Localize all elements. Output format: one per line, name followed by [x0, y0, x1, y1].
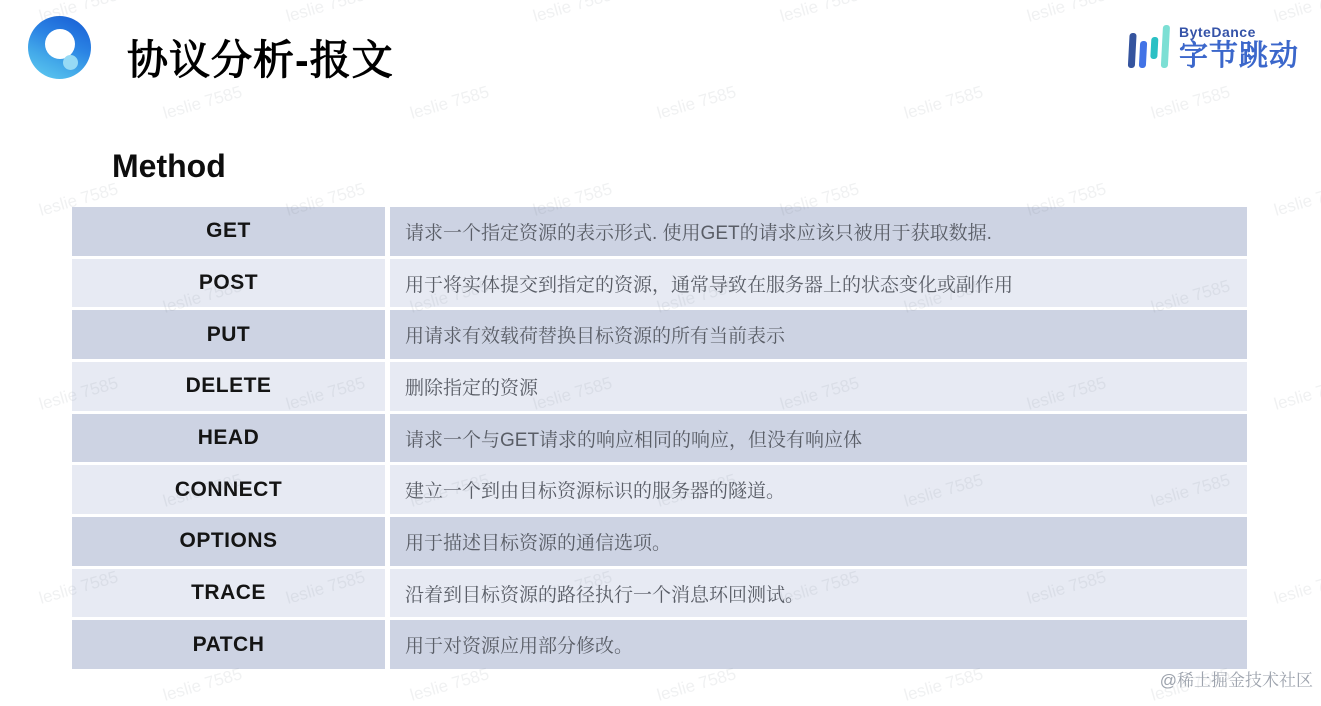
slide-header: 协议分析-报文 ByteDance 字节跳动 — [0, 0, 1321, 100]
table-row: GET请求一个指定资源的表示形式. 使用GET的请求应该只被用于获取数据. — [72, 207, 1247, 256]
table-row: HEAD请求一个与GET请求的响应相同的响应，但没有响应体 — [72, 414, 1247, 463]
table-row: CONNECT建立一个到由目标资源标识的服务器的隧道。 — [72, 465, 1247, 514]
description-cell: 用于将实体提交到指定的资源，通常导致在服务器上的状态变化或副作用 — [390, 259, 1247, 308]
logo-dot — [63, 55, 78, 70]
table-row: OPTIONS用于描述目标资源的通信选项。 — [72, 517, 1247, 566]
diagonal-watermark: leslie 7585 — [902, 664, 986, 706]
table-row: POST用于将实体提交到指定的资源，通常导致在服务器上的状态变化或副作用 — [72, 259, 1247, 308]
page-title: 协议分析-报文 — [127, 27, 394, 86]
bytedance-logo: ByteDance 字节跳动 — [1129, 22, 1299, 71]
footer-credit: @稀土掘金技术社区 — [1160, 666, 1313, 691]
description-cell: 沿着到目标资源的路径执行一个消息环回测试。 — [390, 569, 1247, 618]
qq-browser-logo-icon — [28, 16, 91, 79]
method-cell: OPTIONS — [72, 517, 385, 566]
method-cell: GET — [72, 207, 385, 256]
method-cell: DELETE — [72, 362, 385, 411]
method-cell: HEAD — [72, 414, 385, 463]
diagonal-watermark: leslie 7585 — [1272, 373, 1321, 415]
method-cell: TRACE — [72, 569, 385, 618]
method-cell: POST — [72, 259, 385, 308]
table-row: PUT用请求有效载荷替换目标资源的所有当前表示 — [72, 310, 1247, 359]
table-row: PATCH用于对资源应用部分修改。 — [72, 620, 1247, 669]
bytedance-name-zh: 字节跳动 — [1179, 42, 1299, 71]
diagonal-watermark: leslie 7585 — [655, 664, 739, 706]
description-cell: 用于描述目标资源的通信选项。 — [390, 517, 1247, 566]
section-heading: Method — [112, 148, 226, 185]
method-cell: PUT — [72, 310, 385, 359]
bytedance-wordmark: ByteDance 字节跳动 — [1179, 25, 1299, 71]
method-cell: PATCH — [72, 620, 385, 669]
description-cell: 用于对资源应用部分修改。 — [390, 620, 1247, 669]
method-table: GET请求一个指定资源的表示形式. 使用GET的请求应该只被用于获取数据.POS… — [72, 207, 1247, 669]
description-cell: 建立一个到由目标资源标识的服务器的隧道。 — [390, 465, 1247, 514]
diagonal-watermark: leslie 7585 — [1272, 567, 1321, 609]
description-cell: 请求一个与GET请求的响应相同的响应，但没有响应体 — [390, 414, 1247, 463]
diagonal-watermark: leslie 7585 — [1272, 179, 1321, 221]
method-cell: CONNECT — [72, 465, 385, 514]
diagonal-watermark: leslie 7585 — [161, 664, 245, 706]
description-cell: 请求一个指定资源的表示形式. 使用GET的请求应该只被用于获取数据. — [390, 207, 1247, 256]
description-cell: 用请求有效载荷替换目标资源的所有当前表示 — [390, 310, 1247, 359]
table-row: DELETE删除指定的资源 — [72, 362, 1247, 411]
description-cell: 删除指定的资源 — [390, 362, 1247, 411]
bytedance-bars-icon — [1128, 22, 1170, 68]
bytedance-name-en: ByteDance — [1179, 25, 1299, 39]
table-row: TRACE沿着到目标资源的路径执行一个消息环回测试。 — [72, 569, 1247, 618]
diagonal-watermark: leslie 7585 — [408, 664, 492, 706]
